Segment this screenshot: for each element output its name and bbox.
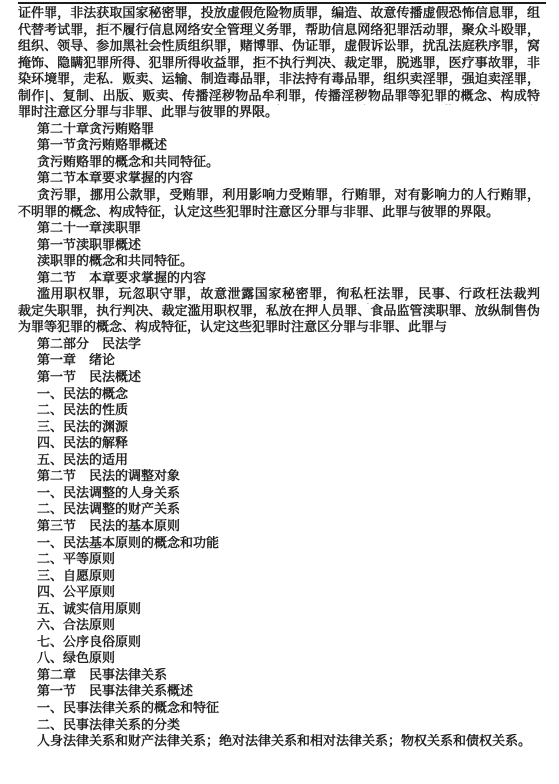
- text-line: 为罪等犯罪的概念、构成特征，认定这些犯罪时注意区分罪与非罪、此罪与: [18, 320, 540, 337]
- text-line: 贪污罪，挪用公款罪，受贿罪，利用影响力受贿罪，行贿罪，对有影响力的人行贿罪，巨额…: [18, 188, 540, 205]
- text-line: 第二十一章渎职罪: [18, 221, 540, 238]
- text-line: 第一节 民事法律关系概述: [18, 684, 540, 701]
- text-line: 第三节 民法的基本原则: [18, 519, 540, 536]
- text-line: 第二章 民事法律关系: [18, 668, 540, 685]
- document-page: 证件罪，非法获取国家秘密罪，投放虚假危险物质罪，编造、故意传播虚假恐怖信息罪，组…: [0, 0, 559, 784]
- text-line: 第二节 本章要求掌握的内容: [18, 271, 540, 288]
- text-line: 五、诚实信用原则: [18, 602, 540, 619]
- text-line: 七、公序良俗原则: [18, 635, 540, 652]
- text-line: 八、绿色原则: [18, 651, 540, 668]
- text-line: 第一节渎职罪概述: [18, 238, 540, 255]
- text-line: 滥用职权罪，玩忽职守罪，故意泄露国家秘密罪，徇私枉法罪，民事、行政枉法裁判罪，执…: [18, 287, 540, 304]
- text-line: 四、公平原则: [18, 585, 540, 602]
- text-line: 人身法律关系和财产法律关系；绝对法律关系和相对法律关系；物权关系和债权关系。: [18, 734, 540, 751]
- text-line: 组织、领导、参加黑社会性质组织罪，赌博罪、伪证罪，虚假诉讼罪，扰乱法庭秩序罪，窝…: [18, 39, 540, 56]
- text-line: 一、民法调整的人身关系: [18, 486, 540, 503]
- text-line: 渎职罪的概念和共同特征。: [18, 254, 540, 271]
- text-line: 不明罪的概念、构成特征，认定这些犯罪时注意区分罪与非罪、此罪与彼罪的界限。: [18, 205, 540, 222]
- text-line: 代替考试罪，拒不履行信息网络安全管理义务罪，帮助信息网络犯罪活动罪，聚众斗殴罪，…: [18, 23, 540, 40]
- text-line: 掩饰、隐瞒犯罪所得、犯罪所得收益罪，拒不执行判决、裁定罪，脱逃罪，医疗事故罪，非…: [18, 56, 540, 73]
- text-line: 二、民法调整的财产关系: [18, 502, 540, 519]
- text-line: 染环境罪，走私．贩卖、运输、制造毒品罪，非法持有毒品罪，组织卖淫罪，强迫卖淫罪，…: [18, 72, 540, 89]
- text-line: 三、自愿原则: [18, 569, 540, 586]
- text-line: 二、平等原则: [18, 552, 540, 569]
- text-line: 第一节 民法概述: [18, 370, 540, 387]
- text-line: 四、民法的解释: [18, 436, 540, 453]
- text-line: 贪污贿赂罪的概念和共同特征。: [18, 155, 540, 172]
- text-line: 第二十章贪污贿赂罪: [18, 122, 540, 139]
- text-line: 罪时注意区分罪与非罪、此罪与彼罪的界限。: [18, 105, 540, 122]
- text-line: 三、民法的渊源: [18, 420, 540, 437]
- text-line: 第二节 民法的调整对象: [18, 469, 540, 486]
- text-line: 第二部分 民法学: [18, 337, 540, 354]
- text-line: 第一节贪污贿赂罪概述: [18, 138, 540, 155]
- text-line: 证件罪，非法获取国家秘密罪，投放虚假危险物质罪，编造、故意传播虚假恐怖信息罪，组…: [18, 6, 540, 23]
- text-line: 一、民法的概念: [18, 387, 540, 404]
- text-line: 二、民事法律关系的分类: [18, 718, 540, 735]
- text-line: 一、民法基本原则的概念和功能: [18, 536, 540, 553]
- text-line: 六、合法原则: [18, 618, 540, 635]
- text-line: 第二节本章要求掌握的内容: [18, 171, 540, 188]
- page-top-rule: [18, 2, 546, 4]
- text-line: 第一章 绪论: [18, 353, 540, 370]
- text-line: 五、民法的适用: [18, 453, 540, 470]
- text-line: 制作|、复制、出版、贩卖、传播淫秽物品牟利罪，传播淫秽物品罪等犯罪的概念、构成特…: [18, 89, 540, 106]
- document-text: 证件罪，非法获取国家秘密罪，投放虚假危险物质罪，编造、故意传播虚假恐怖信息罪，组…: [18, 6, 540, 751]
- text-line: 二、民法的性质: [18, 403, 540, 420]
- text-line: 裁定失职罪，执行判决、裁定滥用职权罪，私放在押人员罪、食品监管渎职罪、放纵制售伪…: [18, 304, 540, 321]
- text-line: 一、民事法律关系的概念和特征: [18, 701, 540, 718]
